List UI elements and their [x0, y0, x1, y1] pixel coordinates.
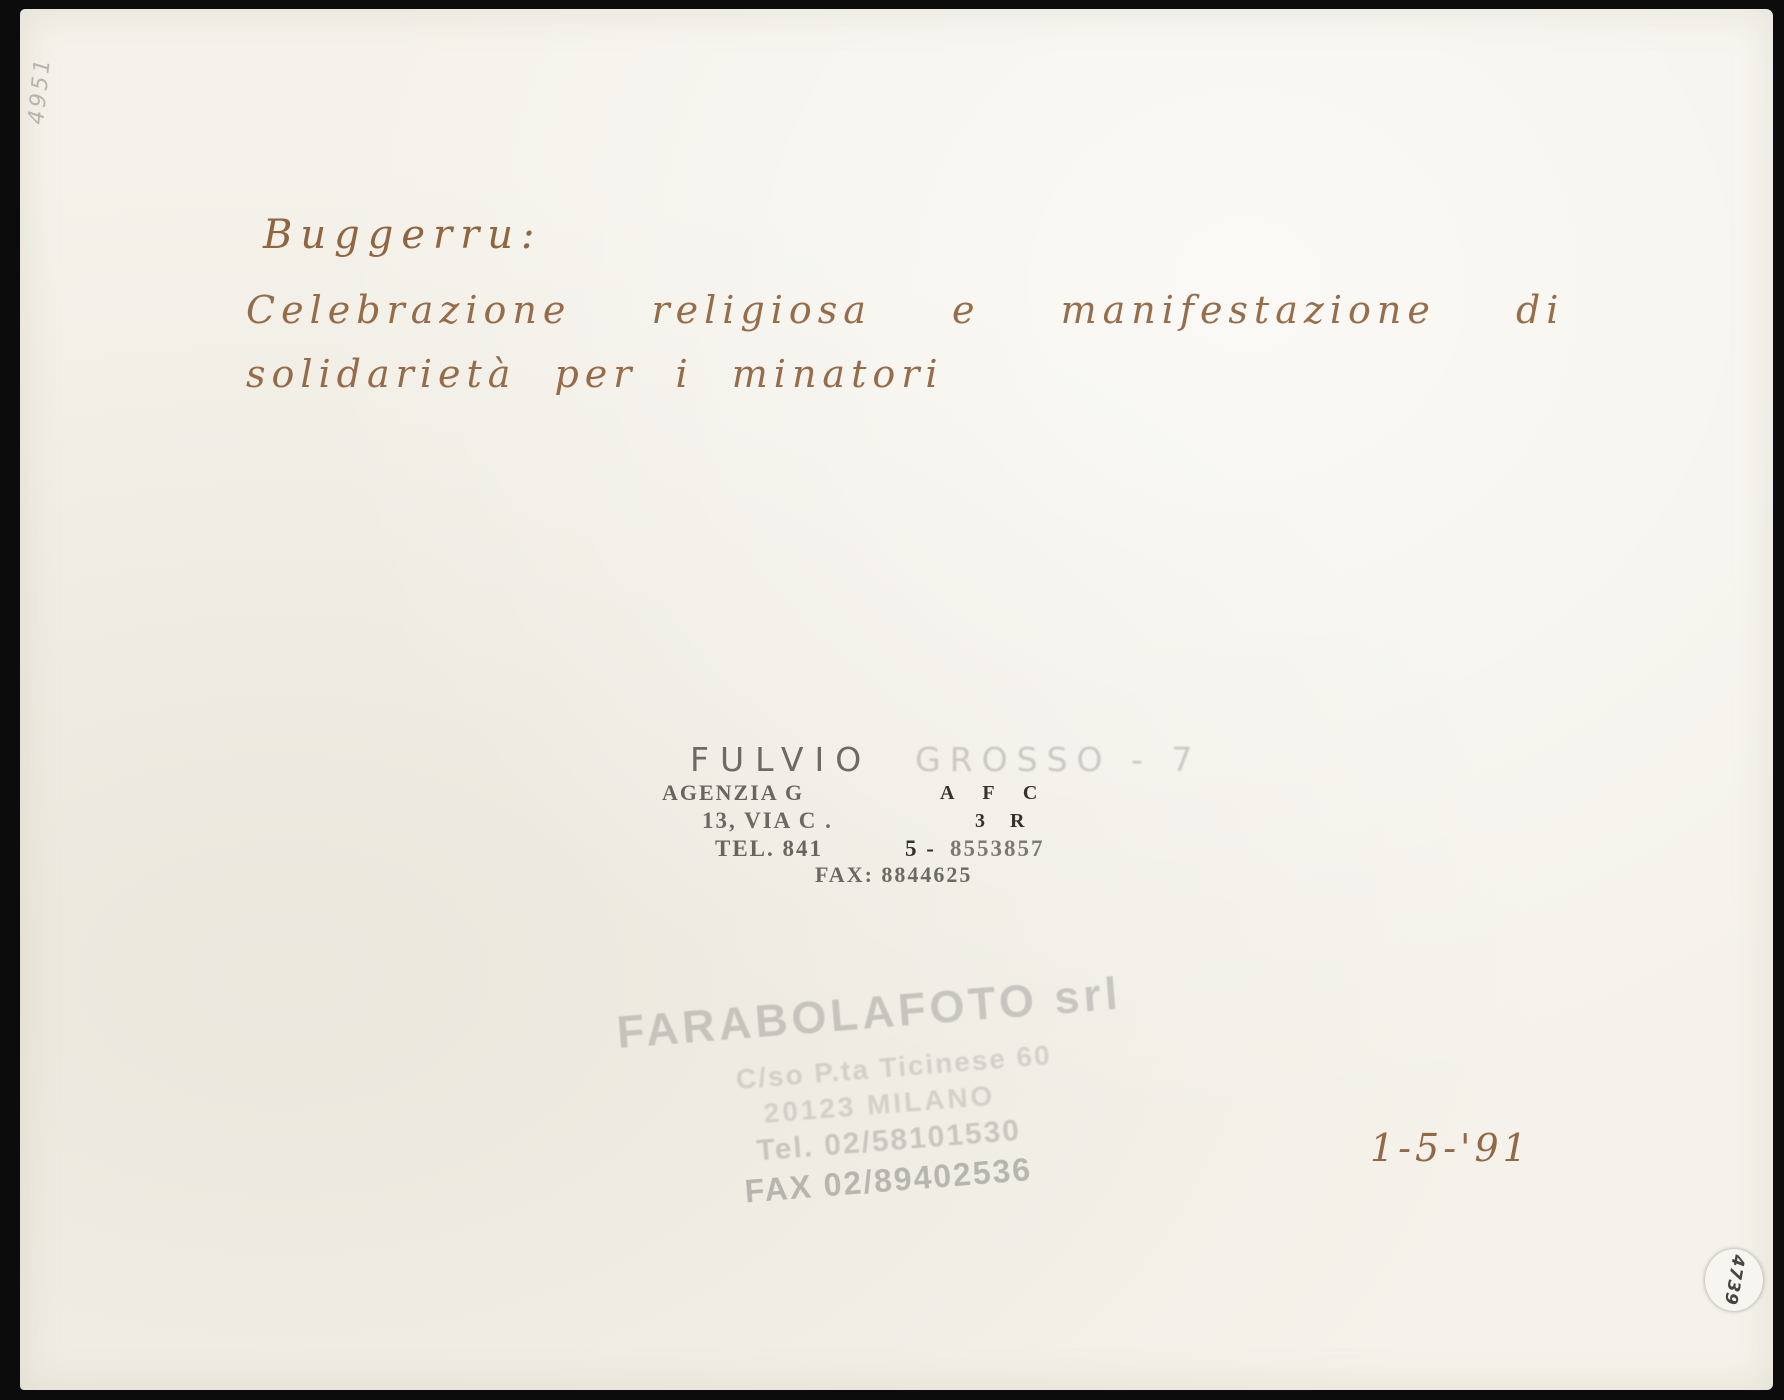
pencil-archive-number: 4951 — [23, 41, 58, 139]
photographer-stamp-address-line: 13, VIA C . — [702, 808, 833, 834]
photographer-stamp-agency-line: AGENZIA G — [662, 780, 804, 806]
scan-black-border: 4951 Buggerru: Celebrazione religiosa e … — [0, 0, 1784, 1400]
caption-line-3: solidarietà per i minatori — [246, 352, 944, 396]
photographer-stamp-tel-faded: 5 - — [905, 836, 936, 862]
photographer-stamp-tel-number: 8553857 — [950, 836, 1045, 862]
photographer-stamp-tel-prefix: TEL. 841 — [715, 836, 823, 862]
archive-sticker: 4739 — [1705, 1249, 1763, 1311]
archive-sticker-number: 4739 — [1720, 1253, 1749, 1307]
photographer-stamp-name-faded: GROSSO - 7 — [915, 740, 1201, 779]
agency-stamp: FARABOLAFOTO srl C/so P.ta Ticinese 60 2… — [605, 961, 1221, 1237]
handwritten-date: 1-5-'91 — [1370, 1126, 1531, 1170]
photographer-stamp-name-clear: FULVIO — [690, 740, 872, 779]
photographer-stamp-fax-line: FAX: 8844625 — [815, 862, 972, 888]
photographer-stamp-name-line: FULVIO GROSSO - 7 — [690, 740, 1201, 779]
photographer-stamp-address-faded: 3 R — [975, 810, 1034, 833]
caption-line-1: Buggerru: — [263, 212, 543, 258]
caption-line-2: Celebrazione religiosa e manifestazione … — [246, 288, 1564, 332]
photographer-stamp-agency-faded: A F C — [940, 782, 1049, 805]
annotations-layer: 4951 Buggerru: Celebrazione religiosa e … — [0, 0, 1784, 1400]
